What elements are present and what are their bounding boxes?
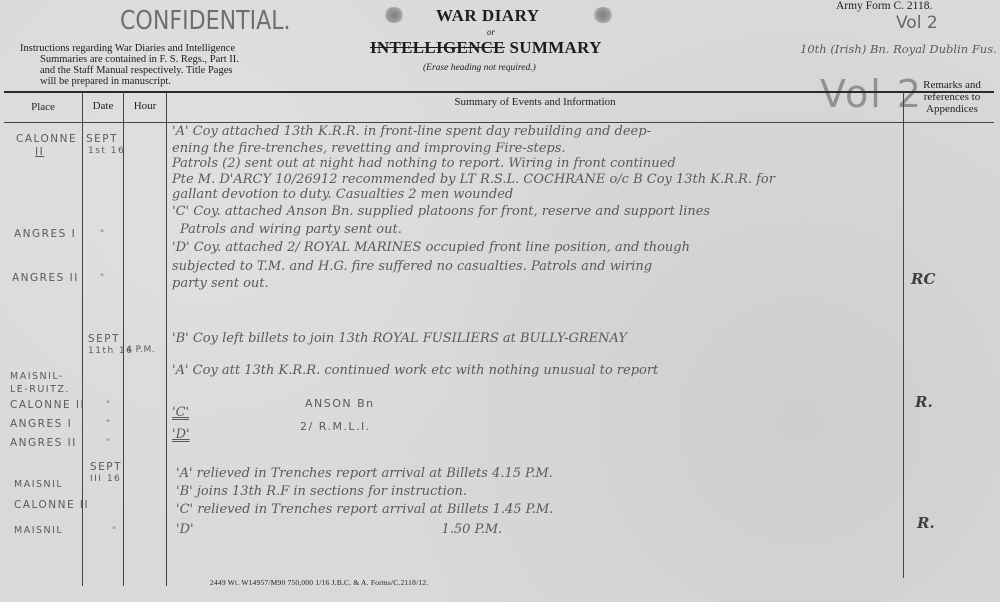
summary-line: ening the fire-trenches, revetting and i… — [172, 141, 566, 156]
place-cell: CALONNE II — [14, 499, 89, 511]
column-divider-summary-remarks — [903, 92, 904, 578]
summary-line: gallant devotion to duty. Casualties 2 m… — [172, 187, 513, 202]
column-divider-place-date — [82, 92, 83, 586]
date-cell-sub: III 16 — [90, 474, 121, 484]
summary-line: 'B' joins 13th R.F in sections for instr… — [176, 484, 467, 499]
place-cell: CALONNE II — [10, 399, 85, 411]
summary-line: ANSON Bn — [305, 397, 375, 410]
instructions-line: will be prepared in manuscript. — [20, 76, 239, 87]
place-cell-sub: II — [35, 146, 44, 158]
summary-line: 'D' Coy. attached 2/ ROYAL MARINES occup… — [172, 240, 690, 255]
header-bottom-rule — [4, 122, 994, 123]
remarks-header-line: Appendices — [904, 103, 1000, 115]
title-or: or — [487, 27, 495, 37]
instructions-line: Instructions regarding War Diaries and I… — [20, 43, 239, 54]
date-cell: SEPT — [86, 133, 118, 145]
table-top-rule — [4, 91, 994, 93]
summary-line: Pte M. D'ARCY 10/26912 recommended by LT… — [172, 172, 775, 187]
date-ditto: " — [100, 229, 104, 239]
place-cell: ANGRES II — [10, 437, 77, 449]
remarks-initials: R. — [917, 514, 935, 532]
remarks-initials: RC — [911, 270, 935, 288]
column-header-summary: Summary of Events and Information — [167, 96, 903, 108]
summary-line: 2/ R.M.L.I. — [300, 420, 371, 433]
date-ditto: " — [106, 400, 110, 410]
date-ditto: " — [100, 273, 104, 283]
date-ditto: " — [112, 526, 116, 536]
date-cell-sub: 1st 16 — [88, 146, 125, 156]
instructions-text: Instructions regarding War Diaries and I… — [20, 43, 239, 87]
army-form-number: Army Form C. 2118. — [836, 0, 932, 12]
place-cell: ANGRES I — [10, 418, 72, 430]
company-letter: 'D' — [172, 427, 190, 442]
column-header-place: Place — [4, 101, 82, 113]
summary-line: 'A' relieved in Trenches report arrival … — [176, 466, 553, 481]
title-intelligence-struck: INTELLIGENCE — [370, 38, 505, 57]
place-cell: MAISNIL-LE-RUITZ. — [10, 370, 80, 396]
summary-line: 'C' Coy. attached Anson Bn. supplied pla… — [172, 204, 710, 219]
place-cell: MAISNIL — [14, 479, 63, 490]
column-divider-date-hour — [123, 92, 124, 586]
summary-line: Patrols (2) sent out at night had nothin… — [172, 156, 676, 171]
unit-name: 10th (Irish) Bn. Royal Dublin Fus. — [800, 42, 997, 56]
place-cell: ANGRES I — [14, 228, 76, 240]
punch-hole-left — [383, 7, 405, 23]
place-cell: ANGRES II — [12, 272, 79, 284]
erase-note: (Erase heading not required.) — [423, 63, 536, 73]
title-war-diary: WAR DIARY — [436, 6, 540, 26]
place-cell: CALONNE — [16, 133, 77, 145]
summary-line: 'C' relieved in Trenches report arrival … — [176, 502, 553, 517]
instructions-line: Summaries are contained in F. S. Regs., … — [20, 54, 239, 65]
column-header-date: Date — [83, 100, 123, 112]
date-cell: SEPT — [88, 333, 120, 345]
printer-imprint: 2449 Wt. W14957/M90 750,000 1/16 J.B.C. … — [210, 578, 428, 587]
column-divider-hour-summary — [166, 92, 167, 586]
summary-line: Patrols and wiring party sent out. — [180, 222, 402, 237]
summary-line: subjected to T.M. and H.G. fire suffered… — [172, 259, 652, 274]
confidential-stamp: CONFIDENTIAL. — [120, 6, 291, 36]
summary-line: 'A' Coy att 13th K.R.R. continued work e… — [172, 363, 658, 378]
summary-line: 'B' Coy left billets to join 13th ROYAL … — [172, 331, 627, 346]
summary-line: 'A' Coy attached 13th K.R.R. in front-li… — [172, 124, 651, 139]
column-header-hour: Hour — [124, 100, 166, 112]
place-cell: MAISNIL — [14, 525, 63, 536]
summary-line: 'D' 1.50 P.M. — [176, 522, 502, 537]
remarks-header-line: Remarks and — [904, 79, 1000, 91]
remarks-header-line: references to — [904, 91, 1000, 103]
column-header-remarks: Remarks and references to Appendices — [904, 79, 1000, 115]
title-summary: SUMMARY — [509, 38, 601, 57]
date-ditto: " — [106, 419, 110, 429]
hour-cell: 4 P.M. — [126, 345, 155, 355]
title-intelligence-summary: INTELLIGENCE SUMMARY — [370, 38, 602, 58]
summary-line: party sent out. — [172, 276, 269, 291]
instructions-line: and the Staff Manual respectively. Title… — [20, 65, 239, 76]
company-letter: 'C' — [172, 405, 189, 420]
punch-hole-right — [592, 7, 614, 23]
remarks-initials: R. — [915, 393, 933, 411]
date-ditto: " — [106, 438, 110, 448]
volume-note-small: Vol 2 — [896, 13, 938, 33]
date-cell: SEPT — [90, 461, 122, 473]
